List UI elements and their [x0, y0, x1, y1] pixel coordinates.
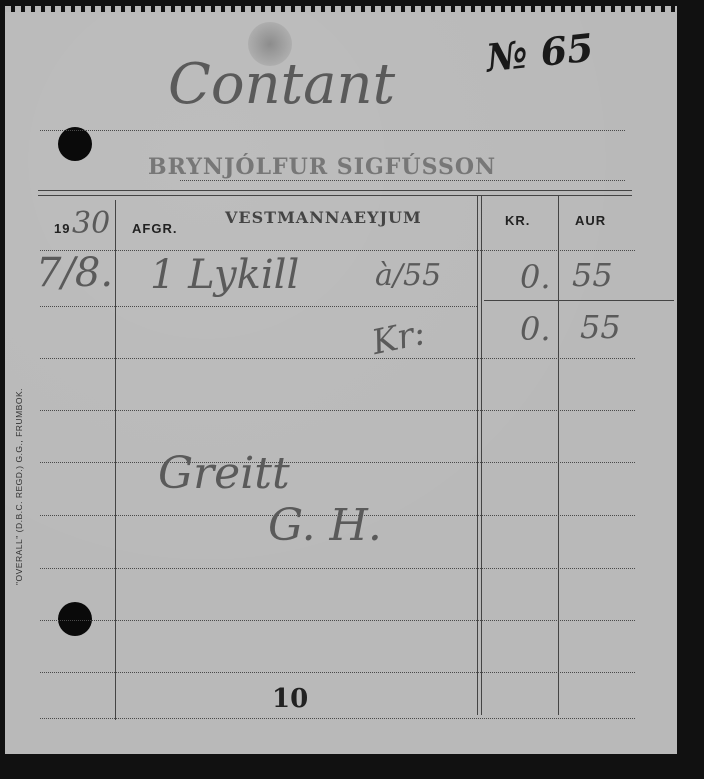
row-line [40, 672, 635, 673]
row-line [40, 462, 635, 463]
punch-hole-bottom [58, 602, 92, 636]
row-line [40, 620, 635, 621]
header-rule-1 [38, 190, 632, 191]
merchant-line [180, 180, 625, 181]
row-line [40, 410, 635, 411]
page-number: 10 [272, 684, 308, 714]
payment-line [40, 130, 625, 131]
row-line [40, 250, 635, 251]
total-aur: 55 [580, 308, 621, 346]
total-rule [484, 300, 674, 301]
afgr-header: AFGR. [132, 221, 177, 236]
row-line [40, 568, 635, 569]
amount-column-divider-2 [481, 195, 482, 715]
year-prefix: 19 [54, 221, 70, 236]
merchant-stamp: BRYNJÓLFUR SIGFÚSSON [148, 154, 496, 180]
location-stamp: VESTMANNAEYJUM [225, 208, 422, 227]
item-unit-price: à/55 [375, 258, 441, 293]
signature: G. H. [268, 500, 382, 551]
receipt-paper [5, 12, 677, 754]
row-line [40, 358, 635, 359]
aur-header: AUR [575, 213, 606, 228]
amount-column-divider-1 [477, 195, 478, 715]
total-kr: 0. [520, 310, 551, 348]
row-line [40, 718, 635, 719]
printer-imprint: "OVERALL" (D.B.C. REGD.) G.G., FRUMBOK. [14, 388, 24, 585]
kr-header: KR. [505, 213, 530, 228]
item-kr: 0. [520, 258, 551, 296]
punch-hole-top [58, 127, 92, 161]
paid-note: Greitt [158, 448, 290, 499]
row-line [40, 306, 477, 307]
year-suffix: 30 [72, 206, 110, 241]
header-rule-2 [38, 195, 632, 196]
kr-aur-divider [558, 195, 559, 715]
item-description: 1 Lykill [150, 252, 299, 298]
item-aur: 55 [572, 256, 613, 294]
payment-type: Contant [168, 52, 395, 117]
item-date: 7/8. [36, 250, 113, 296]
date-column-divider [115, 200, 116, 720]
